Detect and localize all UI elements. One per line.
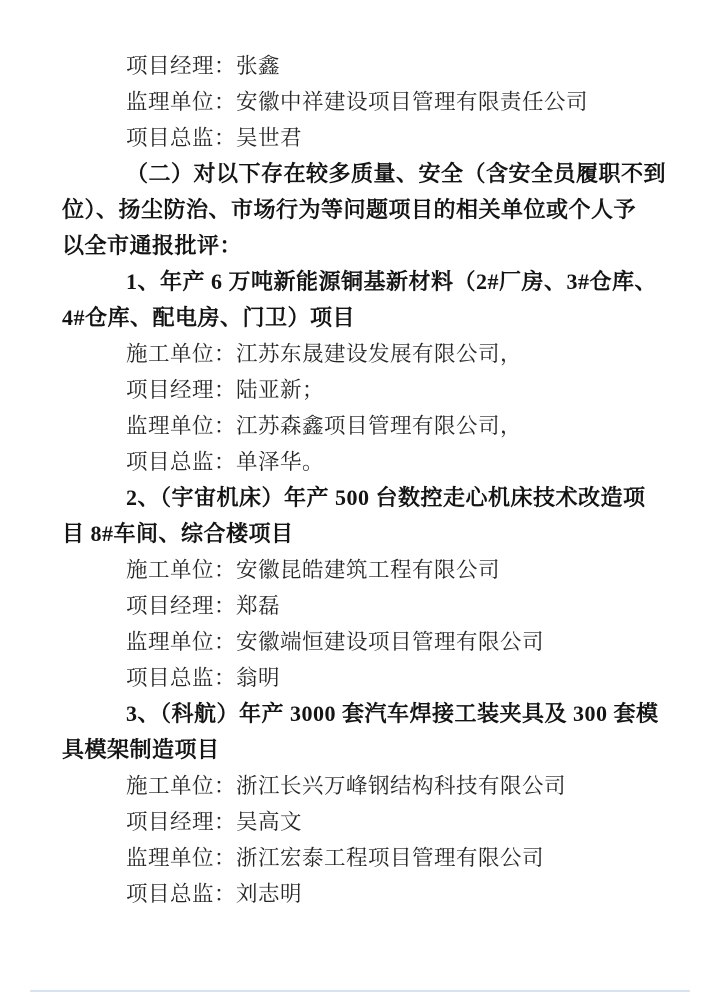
document-heading-line: 3、（科航）年产 3000 套汽车焊接工装夹具及 300 套模 [62,696,656,732]
document-detail-line: 监理单位：安徽中祥建设项目管理有限责任公司 [62,84,656,120]
document-heading-line: 具模架制造项目 [62,732,656,768]
document-detail-line: 施工单位：江苏东晟建设发展有限公司， [62,336,656,372]
document-detail-line: 监理单位：江苏森鑫项目管理有限公司， [62,408,656,444]
scan-artifact-line [30,990,690,992]
document-heading-line: 目 8#车间、综合楼项目 [62,516,656,552]
document-detail-line: 项目经理：陆亚新； [62,372,656,408]
document-detail-line: 项目经理：吴高文 [62,804,656,840]
document-heading-line: （二）对以下存在较多质量、安全（含安全员履职不到 [62,156,656,192]
document-detail-line: 项目经理：张鑫 [62,48,656,84]
document-heading-line: 1、年产 6 万吨新能源铜基新材料（2#厂房、3#仓库、 [62,264,656,300]
document-detail-line: 项目总监：单泽华。 [62,444,656,480]
scanned-document-page: 项目经理：张鑫监理单位：安徽中祥建设项目管理有限责任公司项目总监：吴世君（二）对… [0,0,713,1008]
document-detail-line: 项目经理：郑磊 [62,588,656,624]
document-detail-line: 施工单位：浙江长兴万峰钢结构科技有限公司 [62,768,656,804]
document-detail-line: 监理单位：浙江宏泰工程项目管理有限公司 [62,840,656,876]
document-heading-line: 位）、扬尘防治、市场行为等问题项目的相关单位或个人予 [62,192,656,228]
document-heading-line: 4#仓库、配电房、门卫）项目 [62,300,656,336]
document-detail-line: 监理单位：安徽端恒建设项目管理有限公司 [62,624,656,660]
document-content: 项目经理：张鑫监理单位：安徽中祥建设项目管理有限责任公司项目总监：吴世君（二）对… [62,48,656,912]
document-detail-line: 项目总监：翁明 [62,660,656,696]
document-detail-line: 项目总监：吴世君 [62,120,656,156]
document-heading-line: 以全市通报批评： [62,228,656,264]
document-heading-line: 2、（宇宙机床）年产 500 台数控走心机床技术改造项 [62,480,656,516]
document-detail-line: 项目总监：刘志明 [62,876,656,912]
document-detail-line: 施工单位：安徽昆皓建筑工程有限公司 [62,552,656,588]
